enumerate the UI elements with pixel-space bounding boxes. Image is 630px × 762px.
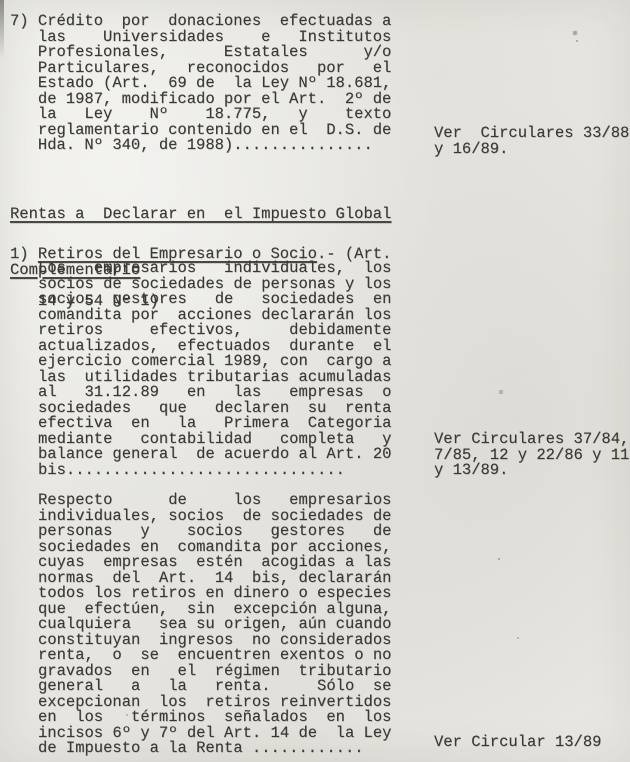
margin-note-circular-13-89: Ver Circular 13/89: [434, 735, 601, 751]
item-1-paragraph-2: Respecto de los empresarios individuales…: [38, 493, 391, 757]
scan-edge-artifact: [0, 0, 4, 58]
item-7-credito-donaciones-paragraph: 7) Crédito por donaciones efectuadas a l…: [10, 14, 391, 154]
scanned-document-page: 7) Crédito por donaciones efectuadas a l…: [0, 0, 630, 762]
item-1-paragraph-1: Los empresarios individuales, los socios…: [38, 261, 391, 478]
margin-note-circulares-33-88: Ver Circulares 33/88 y 16/89.: [434, 126, 629, 157]
margin-note-circulares-37-84: Ver Circulares 37/84, 7/85, 12 y 22/86 y…: [434, 432, 629, 479]
scan-speckles: [0, 0, 2, 2]
item-1-number: 1): [10, 245, 38, 263]
